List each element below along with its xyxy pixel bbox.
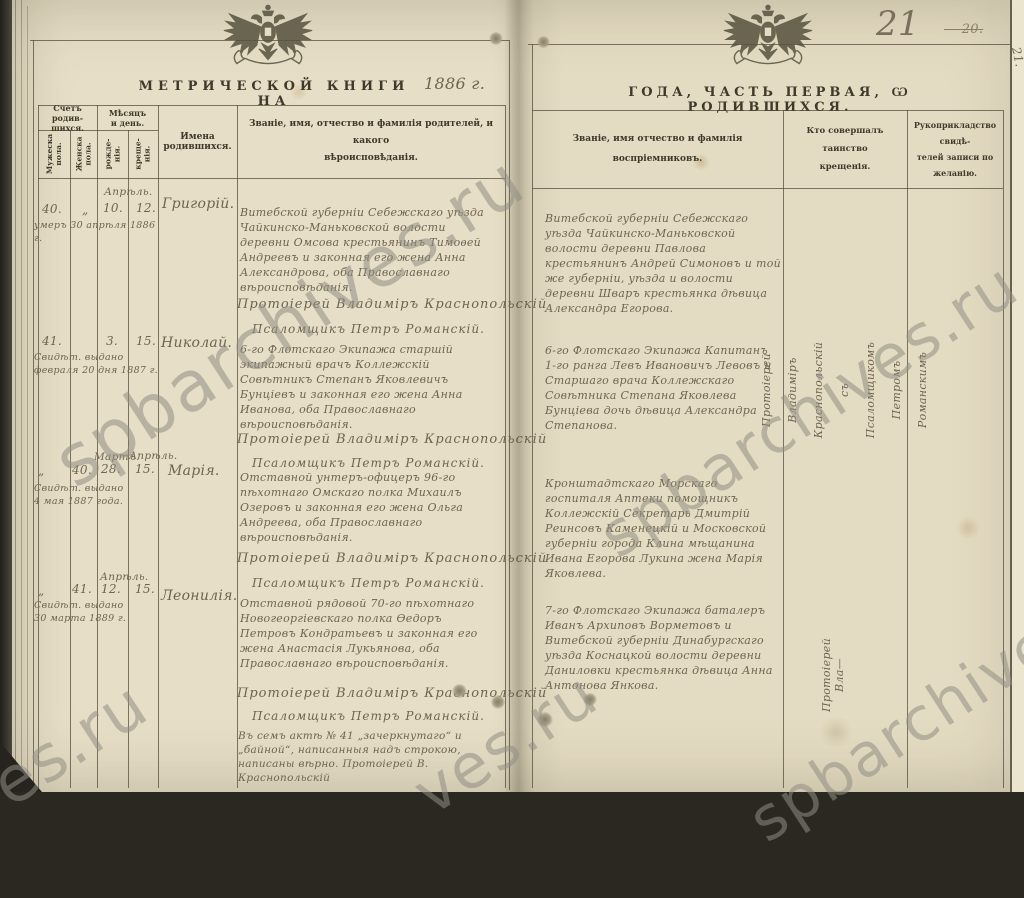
metrical-book-scan: 21 — 20. 21. МЕТРИЧЕСКОЙ КНИГИ НА 1886 г… <box>0 0 1024 792</box>
psalmist-signature: Псаломщикъ Петръ Романскій. <box>252 456 485 470</box>
entry-number: 40. <box>42 202 62 216</box>
binding-hole <box>452 684 467 698</box>
table-line <box>38 178 505 179</box>
ditto-mark: „ <box>82 203 89 217</box>
col-header-female-label: Женска пола. <box>75 137 93 172</box>
entry-name: Григорій. <box>162 196 234 212</box>
book-binding-edge <box>0 0 12 792</box>
psalmist-signature: Псаломщикъ Петръ Романскій. <box>252 322 485 336</box>
page-stack-edge <box>21 0 22 792</box>
double-headed-eagle-icon <box>722 2 814 68</box>
col-header-male: Мужеска пола. <box>38 130 70 178</box>
col-header-birthday: рожде- нія. <box>97 130 128 178</box>
godparents-text: 6-го Флотскаго Экипажа Капитанъ 1-го ран… <box>545 343 783 433</box>
table-line <box>783 110 784 788</box>
page-stack-edge <box>27 6 28 792</box>
imperial-eagle-stamp <box>722 2 814 73</box>
col-header-count-group: Счетъ родив- шихся. <box>38 105 97 130</box>
entry-number: 41. <box>72 582 92 596</box>
col-header-female: Женска пола. <box>70 130 97 178</box>
godparents-text: 7-го Флотскаго Экипажа баталеръ Иванъ Ар… <box>545 603 783 693</box>
margin-note: умеръ 30 апрѣля 1886 г. <box>34 219 162 245</box>
page-number: 21 <box>876 4 920 44</box>
baptism-day: 12. <box>136 201 156 215</box>
binding-hole <box>583 693 597 706</box>
birth-day: 12. <box>101 582 121 596</box>
table-line <box>532 188 1003 189</box>
parents-text: Отставной рядовой 70-го пѣхотнаго Новоге… <box>240 596 498 671</box>
priest-signature: Протоіерей Владиміръ Краснопольскій <box>237 551 547 566</box>
entry-number: 40. <box>72 463 92 477</box>
psalmist-signature: Псаломщикъ Петръ Романскій. <box>252 576 485 590</box>
godparents-text: Кронштадтскаго Морскаго госпиталя Аптеки… <box>545 476 783 581</box>
imperial-eagle-stamp <box>222 2 314 73</box>
parents-text: Витебской губерніи Себежскаго уѣзда Чайк… <box>240 205 498 295</box>
col-header-godparents: Званіе, имя отчество и фамилія воспріемн… <box>536 110 779 188</box>
birth-day: 10. <box>103 201 123 215</box>
col-header-male-label: Мужеска пола. <box>45 134 63 174</box>
struck-page-number: — 20. <box>944 22 983 37</box>
binding-hole <box>491 695 505 709</box>
table-line <box>907 110 908 788</box>
col-header-officiant: Кто совершалъ таинство крещенія. <box>785 110 905 188</box>
next-page-sliver <box>1010 0 1024 792</box>
priest-signature: Протоіерей Владиміръ Краснопольскій <box>237 432 547 447</box>
birth-day: 28. <box>101 462 121 476</box>
baptism-day: 15. <box>135 582 155 596</box>
page-stack-edge <box>15 0 16 792</box>
priest-signature: Протоіерей Владиміръ Краснопольскій <box>237 297 547 312</box>
parents-text: 6-го Флотскаго Экипажа старшій экипажный… <box>240 342 498 432</box>
parents-text: Отставной унтеръ-офицеръ 96-го пѣхотнаго… <box>240 470 498 545</box>
officiant-signature-block: Протоіерей Вла— <box>788 575 878 775</box>
psalmist-signature: Псаломщикъ Петръ Романскій. <box>252 709 485 723</box>
binding-hole <box>537 36 550 48</box>
col-header-birthday-label: рожде- нія. <box>104 139 122 170</box>
godparents-text: Витебской губерніи Себежскаго уѣзда Чайк… <box>545 211 783 316</box>
table-line <box>1003 110 1004 788</box>
baptism-day: 15. <box>135 462 155 476</box>
col-header-parents: Званіе, имя, отчество и фамилія родителе… <box>240 105 502 178</box>
entry-name: Леонилія. <box>161 588 237 604</box>
month-label: Апрѣль. <box>104 186 153 198</box>
book-gutter-shadow <box>504 0 534 792</box>
table-line <box>158 105 159 788</box>
col-header-names: Имена родившихся. <box>158 105 237 178</box>
col-header-baptismday: креще- нія. <box>128 130 158 178</box>
table-line <box>97 105 98 788</box>
ditto-mark: „ <box>38 464 45 478</box>
officiant-signature-text: Протоіерей Вла— <box>820 630 846 720</box>
month-label: Апрѣль. <box>129 450 178 462</box>
ditto-mark: „ <box>38 584 45 598</box>
entry-number: 41. <box>42 334 62 348</box>
binding-hole <box>537 712 553 727</box>
binding-hole <box>489 32 503 45</box>
birth-day: 3. <box>106 334 118 348</box>
officiant-signature-block: Протоіерей Владиміръ Краснопольскій съ П… <box>788 185 902 595</box>
margin-note: Свидѣт. выдано февраля 20 дня 1887 г. <box>34 351 162 377</box>
table-line <box>38 105 39 788</box>
col-header-signatures: Рукоприкладство свидѣ- телей записи по ж… <box>909 110 1001 188</box>
entry-name: Марія. <box>168 463 220 479</box>
margin-note: Свидѣт. выдано 30 марта 1889 г. <box>34 599 162 625</box>
col-header-baptismday-label: креще- нія. <box>134 138 152 169</box>
baptism-day: 15. <box>136 334 156 348</box>
officiant-signature-text: Протоіерей Владиміръ Краснопольскій съ П… <box>754 333 936 447</box>
entry-name: Николай. <box>161 335 232 351</box>
col-header-month-group: Мѣсяцъ и день. <box>97 105 158 130</box>
left-page-border <box>33 40 34 788</box>
double-headed-eagle-icon <box>222 2 314 68</box>
correction-note: Въ семъ актѣ № 41 „зачеркнутаго“ и „байн… <box>238 729 498 785</box>
left-page-title-year: 1886 г. <box>424 74 485 93</box>
margin-note: Свидѣт. выдано 4 мая 1887 года. <box>34 482 162 508</box>
